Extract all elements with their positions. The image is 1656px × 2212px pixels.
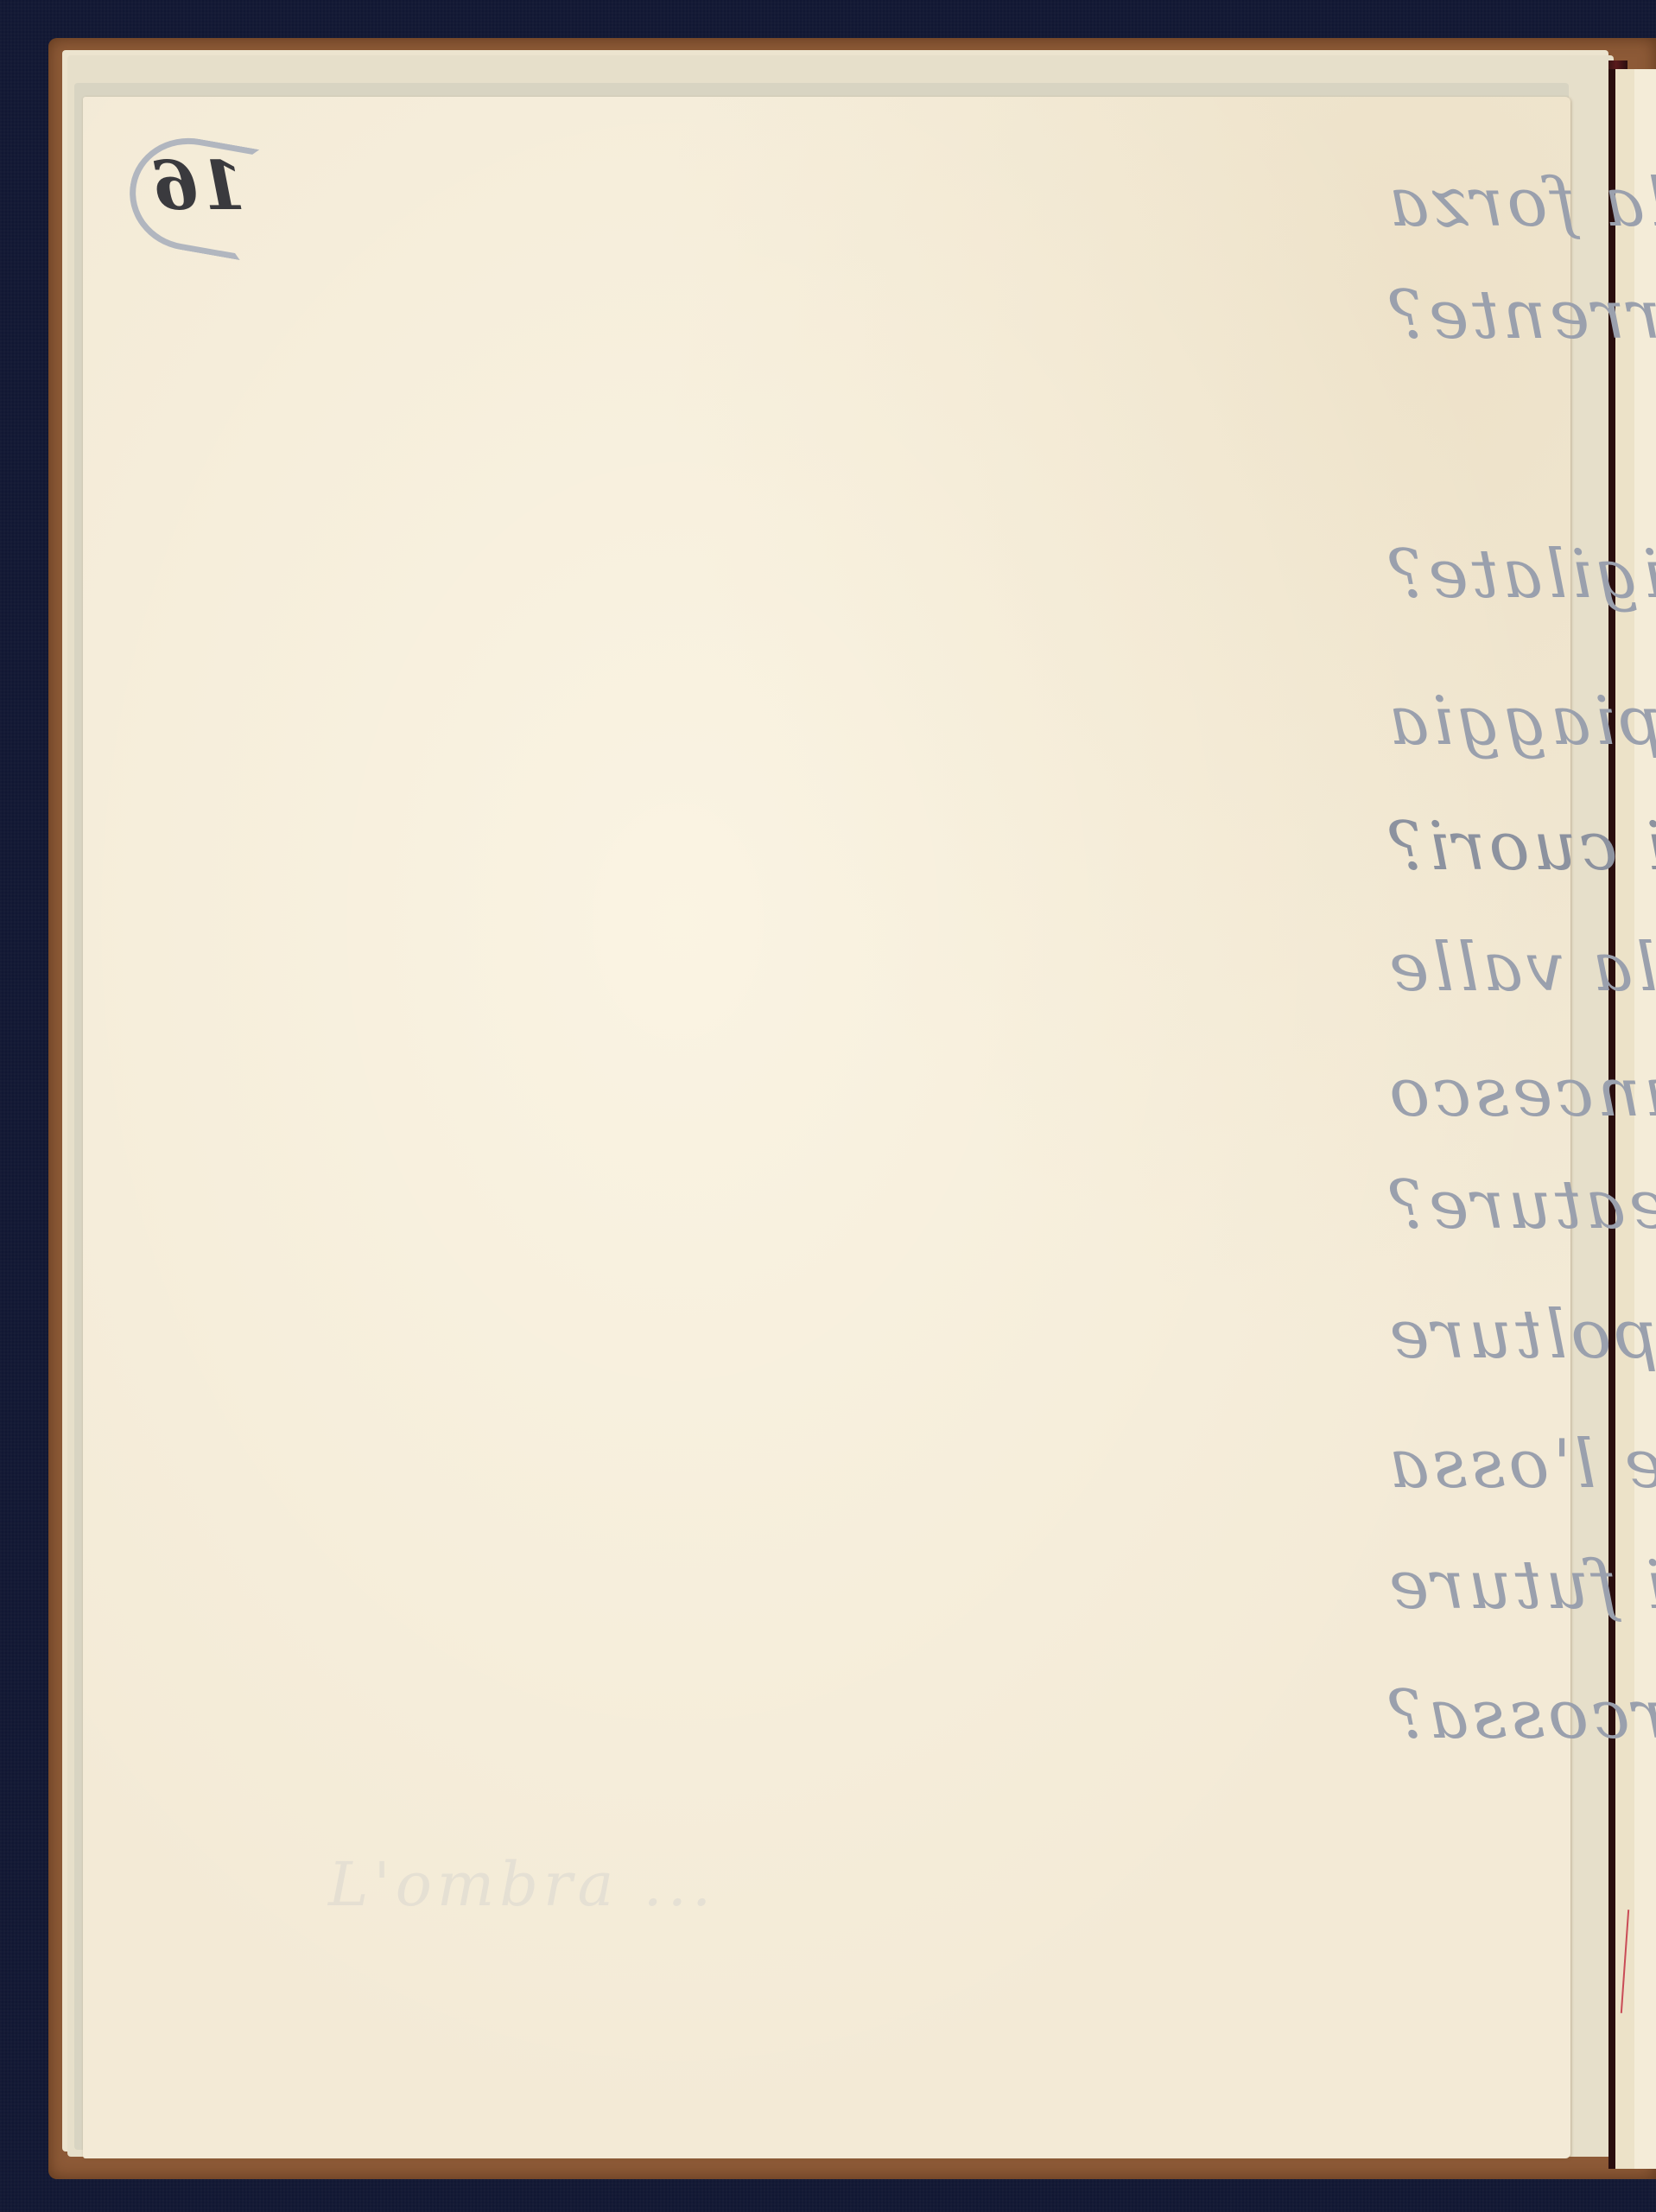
text-line: Nella ligure piaggia bbox=[1386, 683, 1656, 760]
text-line: della città ch'alle di fronte l'ossa bbox=[1386, 1426, 1656, 1503]
text-line: nutrì di sè le care creature? bbox=[1386, 1166, 1656, 1244]
text-line: umbra dove Francesco bbox=[1386, 1054, 1656, 1132]
text-line: Nella candida pace della valle bbox=[1386, 929, 1656, 1007]
text-line: e al gran nome fanciullo di future bbox=[1386, 1547, 1656, 1624]
text-line: Per l'alte sepolture bbox=[1386, 1296, 1656, 1374]
text-line: sotto quel gelida sole alla percossa? bbox=[1386, 1676, 1656, 1754]
handwritten-text: del corpo umano, domino la forza della c… bbox=[0, 0, 1656, 2212]
text-line: Sotto l'ombra dell'Alpi vigilate? bbox=[1386, 536, 1656, 613]
text-line: del corpo umano, domino la forza bbox=[1386, 164, 1656, 242]
text-line: della corrente? bbox=[1386, 276, 1656, 354]
bleed-through-text: L'ombra ... bbox=[328, 1849, 716, 1920]
text-line: onde solgo la pura fonte di cuori? bbox=[1386, 808, 1656, 886]
